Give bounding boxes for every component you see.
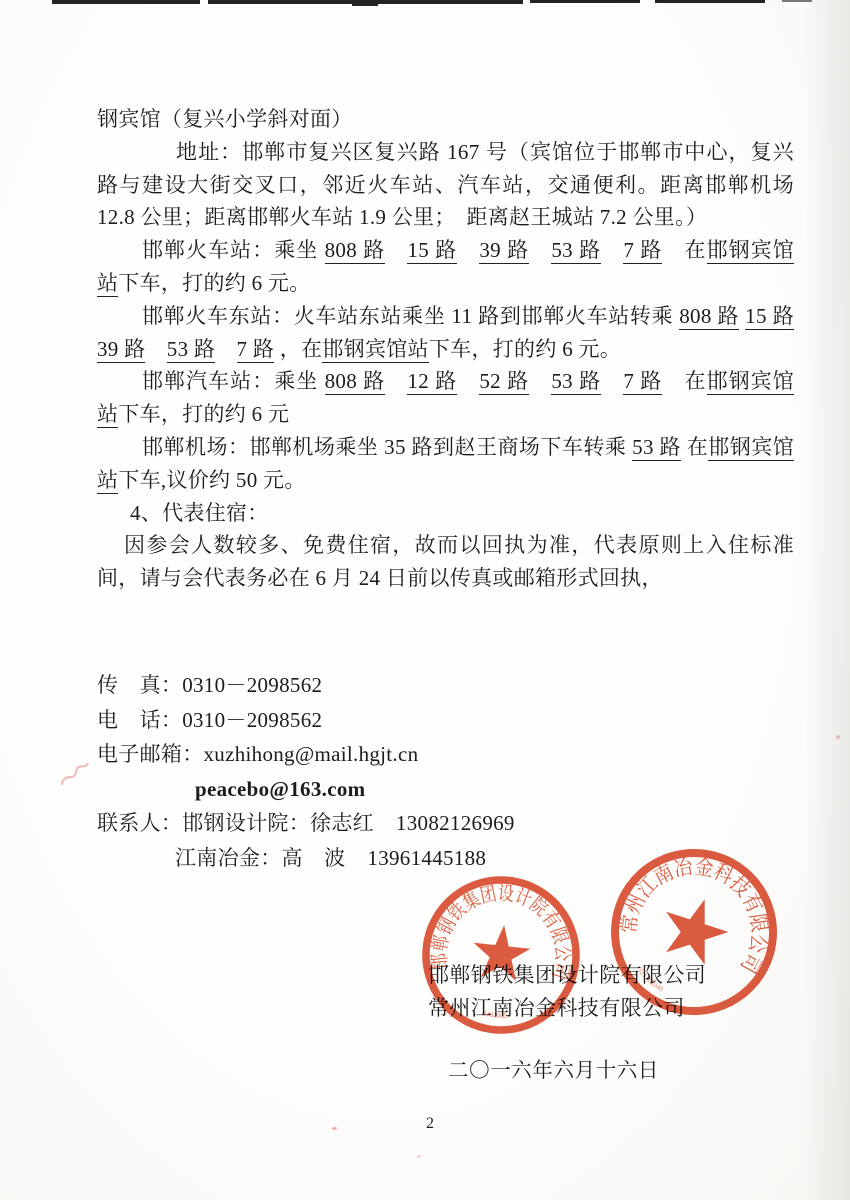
text-run: 钢宾馆（复兴小学斜对面）: [97, 107, 353, 131]
paragraph-airport: 邯郸机场：邯郸机场乘坐 35 路到赵王商场下车转乘 53 路 在邯钢宾馆站下车,…: [97, 431, 794, 497]
paragraph-hotel-name: 钢宾馆（复兴小学斜对面）: [97, 103, 794, 136]
underlined-text-run: 7 路: [237, 337, 275, 363]
red-ink-speck: [332, 1127, 337, 1130]
paragraph-train-station: 邯郸火车站：乘坐 808 路 15 路 39 路 53 路 7 路 在邯钢宾馆站…: [97, 234, 794, 300]
scanned-document-page: 钢宾馆（复兴小学斜对面） 地址：邯郸市复兴区复兴路 167 号（宾馆位于邯郸市中…: [0, 0, 850, 1200]
email-label: 电子邮箱：: [97, 742, 204, 766]
contact2-org: 江南冶金：: [175, 846, 282, 870]
underlined-text-run: 53 路: [551, 369, 601, 395]
text-run: 下车，打的约 6 元: [118, 402, 289, 426]
contact2-name: 高 波: [282, 846, 346, 870]
fax-label: 传 真：: [97, 673, 182, 697]
underlined-text-run: 808 路: [325, 369, 386, 395]
underlined-text-run: 52 路: [479, 369, 529, 395]
text-run: [529, 369, 551, 393]
underlined-text-run: 53 路: [632, 435, 681, 461]
fax-number: 0310－2098562: [182, 673, 322, 697]
phone-line: 电 话：0310－2098562: [97, 703, 757, 738]
text-run: 下车，打的约 6 元。: [118, 271, 310, 295]
underlined-text-run: 7 路: [623, 369, 662, 395]
phone-label: 电 话：: [97, 708, 182, 732]
contact1-name: 徐志红: [310, 811, 374, 835]
text-run: 地址：邯郸市复兴区复兴路 167 号（宾馆位于邯郸市中心，复兴路与建设大街交叉口…: [97, 140, 794, 230]
company-seal-handan-design-institute: 邯郸钢铁集团设计院有限公司 0404005: [404, 858, 597, 1051]
text-run: [601, 369, 623, 393]
contacts-label: 联系人：: [97, 811, 182, 835]
red-ink-speck: [417, 1155, 421, 1158]
paragraph-train-east-station: 邯郸火车东站：火车站东站乘坐 11 路到邯郸火车站转乘 808 路 15 路 3…: [97, 300, 794, 366]
text-run: [457, 369, 479, 393]
text-run: 在: [681, 435, 708, 459]
underlined-text-run: 39 路: [97, 337, 145, 363]
underlined-text-run: 39 路: [479, 238, 529, 264]
text-run: 下车,议价约 50 元。: [118, 468, 305, 492]
text-run: 邯郸火车站：乘坐: [142, 238, 325, 262]
red-ink-smudge: [52, 752, 97, 797]
underlined-text-run: 邯钢宾馆站: [322, 337, 429, 363]
seal-code-text: 0404005: [481, 1008, 509, 1021]
scanner-noise-segment: [655, 0, 765, 3]
contact1-org: 邯钢设计院：: [182, 811, 310, 835]
underlined-text-run: 7 路: [623, 238, 662, 264]
paragraph-bus-station: 邯郸汽车站：乘坐 808 路 12 路 52 路 53 路 7 路 在邯钢宾馆站…: [97, 365, 794, 431]
svg-text:0404005: 0404005: [481, 1008, 509, 1021]
paragraph-section-4-heading: 4、代表住宿：: [97, 497, 794, 530]
text-run: 4、代表住宿：: [130, 501, 269, 525]
scanner-edge-artifact: [0, 0, 850, 8]
underlined-text-run: 808 路: [325, 238, 386, 264]
text-run: [601, 238, 623, 262]
fax-line: 传 真：0310－2098562: [97, 668, 757, 703]
text-run: 因参会人数较多、免费住宿，故而以回执为准，代表原则上入住标准间，请与会代表务必在…: [97, 533, 794, 590]
paragraph-accommodation: 因参会人数较多、免费住宿，故而以回执为准，代表原则上入住标准间，请与会代表务必在…: [97, 529, 794, 595]
text-run: [145, 337, 166, 361]
text-run: [385, 369, 407, 393]
underlined-text-run: 808 路: [679, 304, 739, 330]
seal-star-icon: [654, 889, 736, 969]
text-run: [385, 238, 407, 262]
email-secondary-line: peacebo@163.com: [195, 772, 757, 807]
text-run: [215, 337, 236, 361]
page-number: 2: [426, 1115, 434, 1133]
phone-number: 0310－2098562: [182, 708, 322, 732]
scan-right-shadow: [804, 0, 850, 1200]
text-run: 在: [662, 238, 706, 262]
underlined-text-run: 53 路: [551, 238, 601, 264]
seal-star-icon: [470, 922, 532, 982]
red-ink-speck: [836, 735, 840, 739]
text-run: ，在: [274, 337, 322, 361]
email-secondary: peacebo@163.com: [195, 777, 365, 801]
text-run: 下车，打的约 6 元。: [429, 337, 621, 361]
text-run: 邯郸汽车站：乘坐: [142, 369, 325, 393]
contact1-phone: 13082126969: [396, 811, 515, 835]
underlined-text-run: 15 路: [407, 238, 457, 264]
text-run: 邯郸火车东站：火车站东站乘坐 11 路到邯郸火车站转乘: [142, 304, 679, 328]
paragraph-address: 地址：邯郸市复兴区复兴路 167 号（宾馆位于邯郸市中心，复兴路与建设大街交叉口…: [97, 136, 794, 234]
text-run: [529, 238, 551, 262]
scanner-noise-segment: [530, 0, 640, 3]
underlined-text-run: 12 路: [407, 369, 457, 395]
underlined-text-run: 15 路: [745, 304, 794, 330]
scanner-noise-segment: [352, 0, 378, 6]
email-primary: xuzhihong@mail.hgjt.cn: [204, 742, 419, 766]
underlined-text-run: 53 路: [167, 337, 215, 363]
text-run: [457, 238, 479, 262]
document-date: 二〇一六年六月十六日: [448, 1053, 659, 1083]
document-body: 钢宾馆（复兴小学斜对面） 地址：邯郸市复兴区复兴路 167 号（宾馆位于邯郸市中…: [97, 103, 794, 595]
text-run: 邯郸机场：邯郸机场乘坐 35 路到赵王商场下车转乘: [142, 435, 632, 459]
email-line: 电子邮箱：xuzhihong@mail.hgjt.cn: [97, 737, 757, 772]
text-run: 在: [662, 369, 706, 393]
scanner-noise-segment: [52, 0, 200, 4]
